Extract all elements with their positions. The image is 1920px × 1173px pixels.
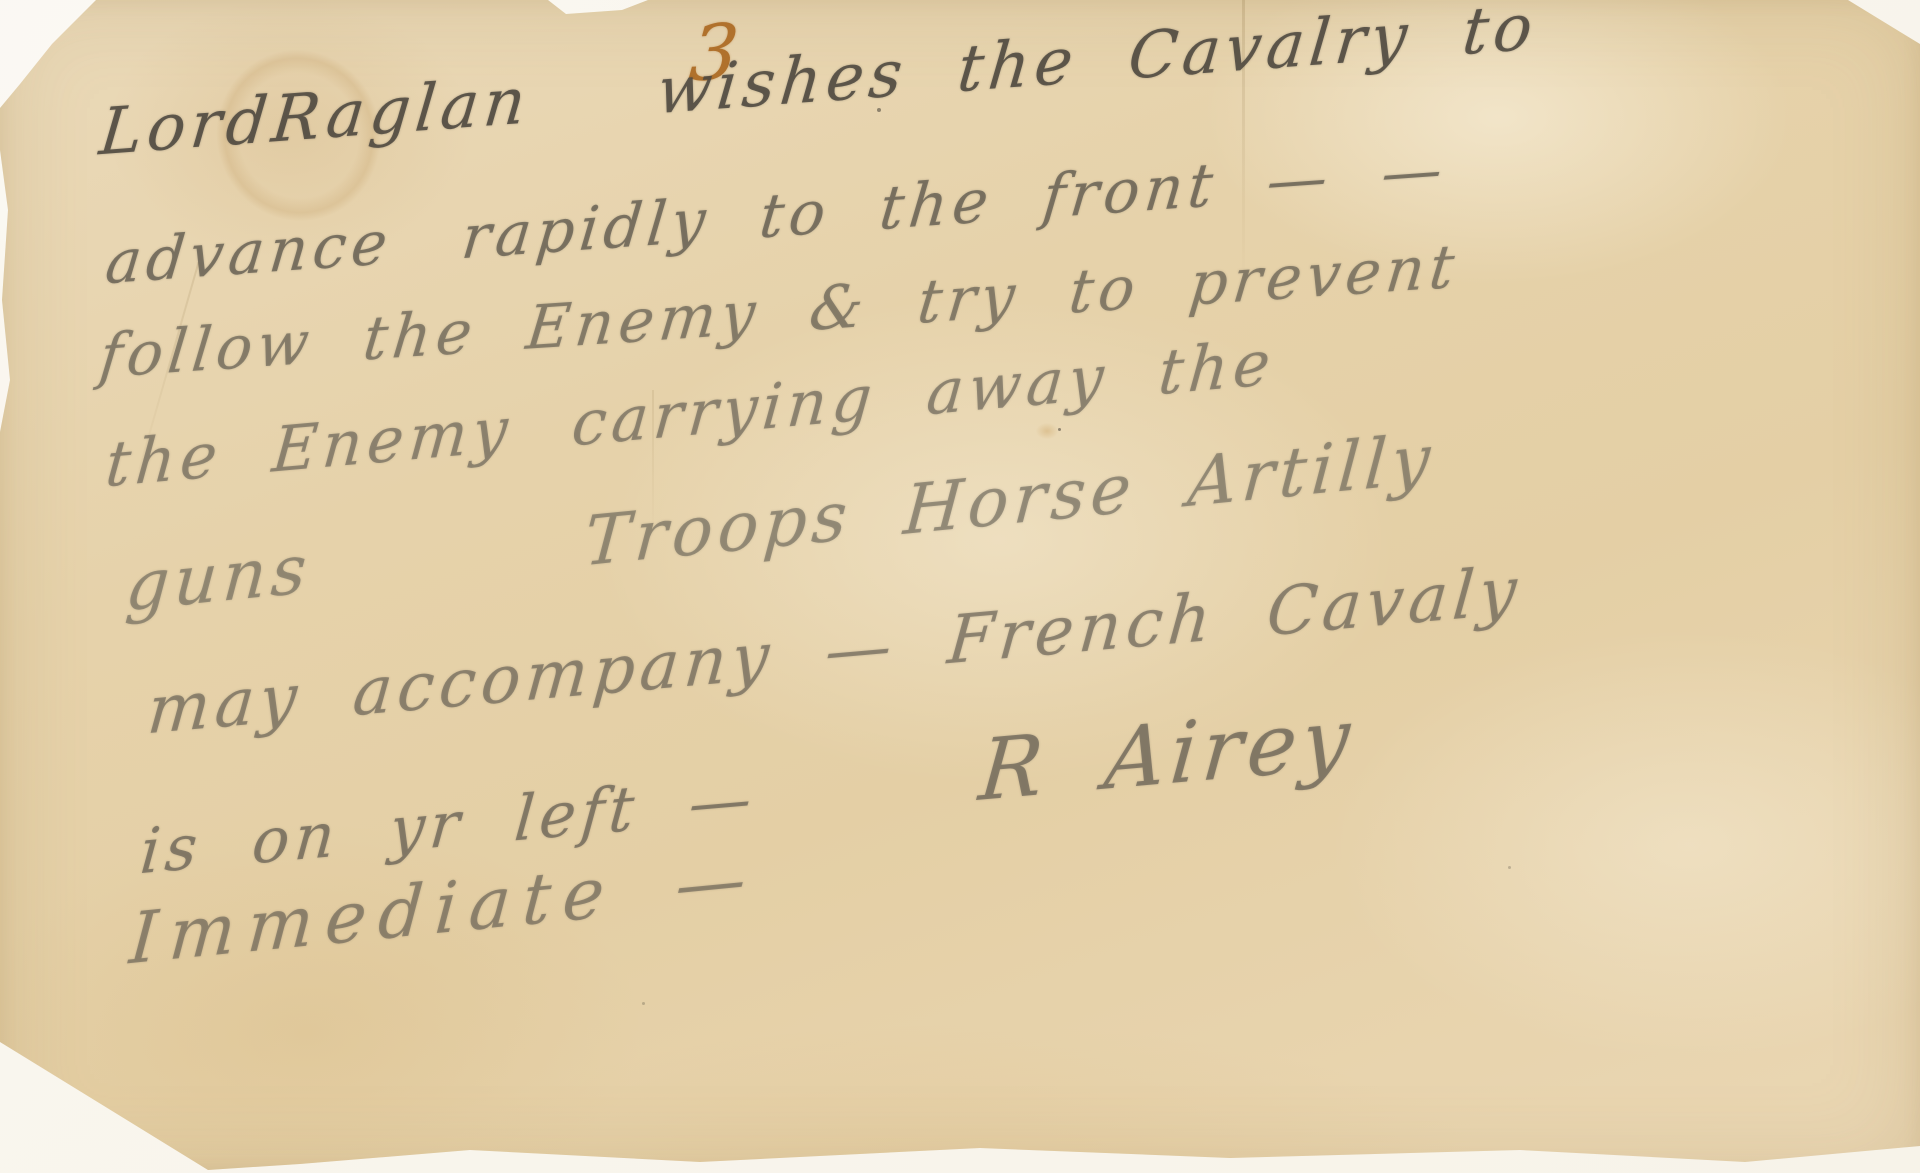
paper-speck <box>642 1002 645 1005</box>
ink-stain-center <box>1032 420 1062 442</box>
handwriting-text: wishes the Cavalry to <box>654 0 1541 129</box>
paper-speck <box>1058 428 1061 431</box>
signature: R Airey <box>975 688 1358 820</box>
document-photo: 3 LordRaglanwishes the Cavalry to advanc… <box>0 0 1920 1173</box>
handwriting-text: the Enemy <box>103 392 516 501</box>
paper-speck <box>1508 866 1511 869</box>
paper-sheet: 3 LordRaglanwishes the Cavalry to advanc… <box>0 0 1920 1173</box>
handwriting-text: advance <box>102 208 395 299</box>
handwriting-text: guns <box>123 529 314 627</box>
